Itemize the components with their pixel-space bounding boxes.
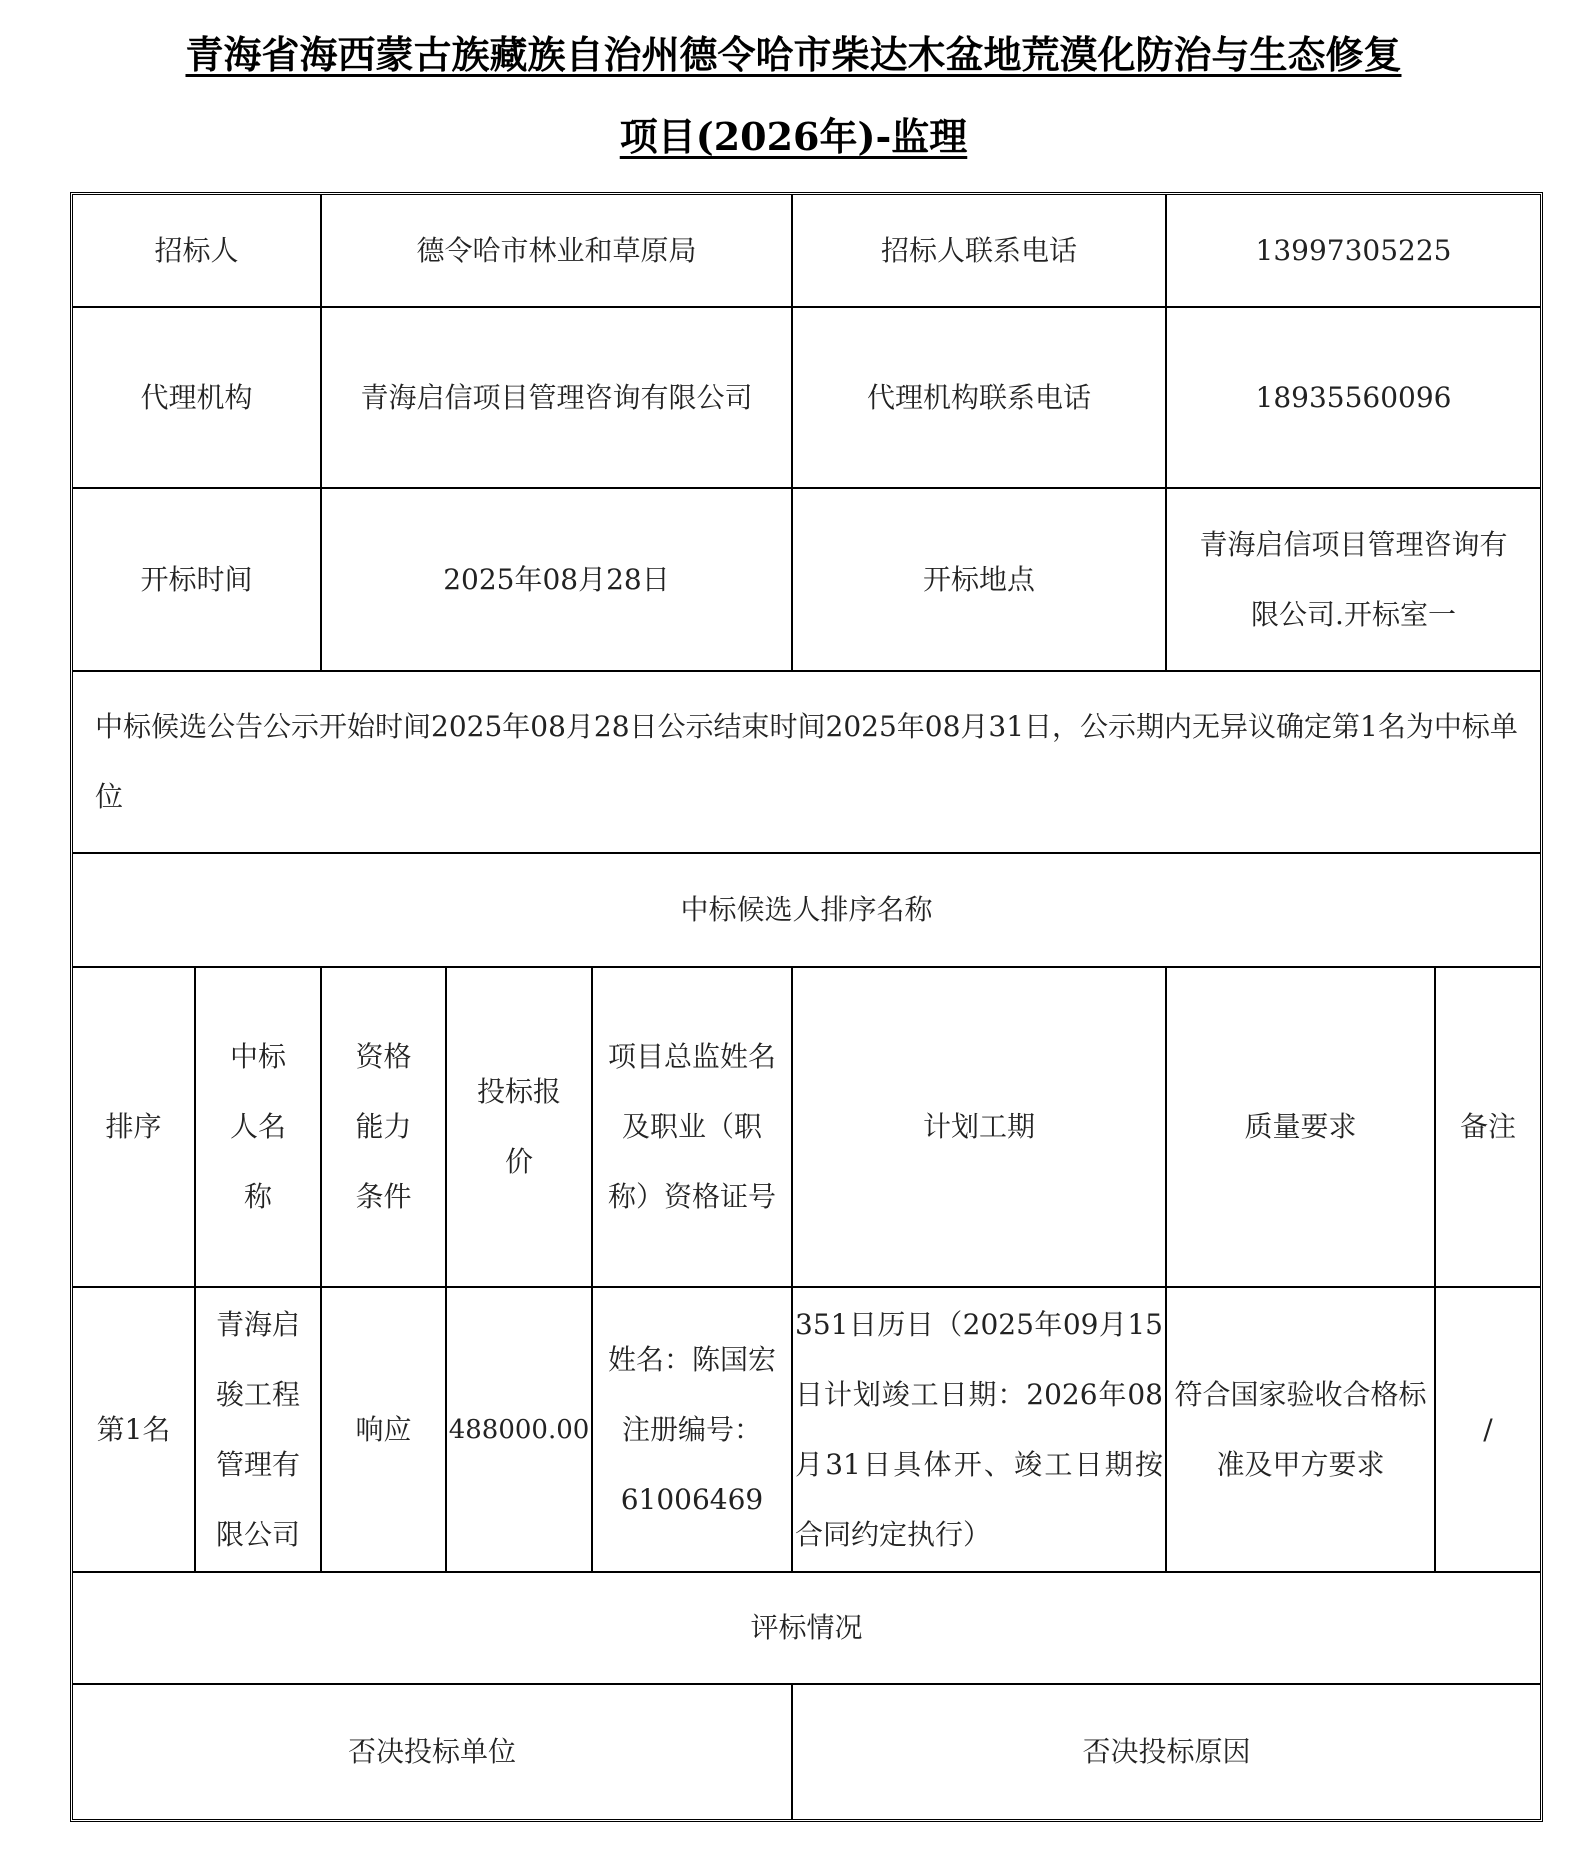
agency-value: 青海启信项目管理咨询有限公司 [322,308,793,489]
col-header-remark: 备注 [1436,968,1540,1288]
tenderer-phone-value: 13997305225 [1167,195,1540,308]
open-place-label: 开标地点 [793,489,1167,672]
agency-phone-value: 18935560096 [1167,308,1540,489]
title-line-1: 青海省海西蒙古族藏族自治州德令哈市柴达木盆地荒漠化防治与生态修复 [185,32,1401,77]
agency-label: 代理机构 [73,308,322,489]
candidates-heading: 中标候选人排序名称 [73,854,1540,968]
candidate-quality: 符合国家验收合格标准及甲方要求 [1167,1288,1436,1573]
rejected-unit-label: 否决投标单位 [73,1685,793,1819]
candidate-qualification: 响应 [322,1288,447,1573]
candidate-schedule: 351日历日（2025年09月15日计划竣工日期：2026年08月31日具体开、… [793,1288,1167,1573]
col-header-quality: 质量要求 [1167,968,1436,1288]
agency-phone-label: 代理机构联系电话 [793,308,1167,489]
candidate-bid-price: 488000.00 [447,1288,593,1573]
evaluation-heading: 评标情况 [73,1573,1540,1685]
tenderer-phone-label: 招标人联系电话 [793,195,1167,308]
col-header-schedule: 计划工期 [793,968,1167,1288]
open-place-value: 青海启信项目管理咨询有限公司.开标室一 [1167,489,1540,672]
candidate-rank: 第1名 [73,1288,196,1573]
col-header-winner-name: 中标人名称 [196,968,322,1288]
rejected-reason-label: 否决投标原因 [793,1685,1540,1819]
col-header-bid-price: 投标报价 [447,968,593,1288]
publicity-notice: 中标候选公告公示开始时间2025年08月28日公示结束时间2025年08月31日… [73,672,1540,854]
col-header-qualification: 资格能力条件 [322,968,447,1288]
candidate-director: 姓名：陈国宏注册编号：61006469 [593,1288,793,1573]
col-header-director: 项目总监姓名及职业（职称）资格证号 [593,968,793,1288]
candidate-remark: / [1436,1288,1540,1573]
open-time-value: 2025年08月28日 [322,489,793,672]
document-title: 青海省海西蒙古族藏族自治州德令哈市柴达木盆地荒漠化防治与生态修复 项目(2026… [0,14,1587,178]
candidate-name: 青海启骏工程管理有限公司 [196,1288,322,1573]
tenderer-label: 招标人 [73,195,322,308]
title-line-2: 项目(2026年)-监理 [620,114,968,159]
open-time-label: 开标时间 [73,489,322,672]
tenderer-value: 德令哈市林业和草原局 [322,195,793,308]
col-header-rank: 排序 [73,968,196,1288]
announcement-table: 招标人 德令哈市林业和草原局 招标人联系电话 13997305225 代理机构 … [70,192,1543,1822]
